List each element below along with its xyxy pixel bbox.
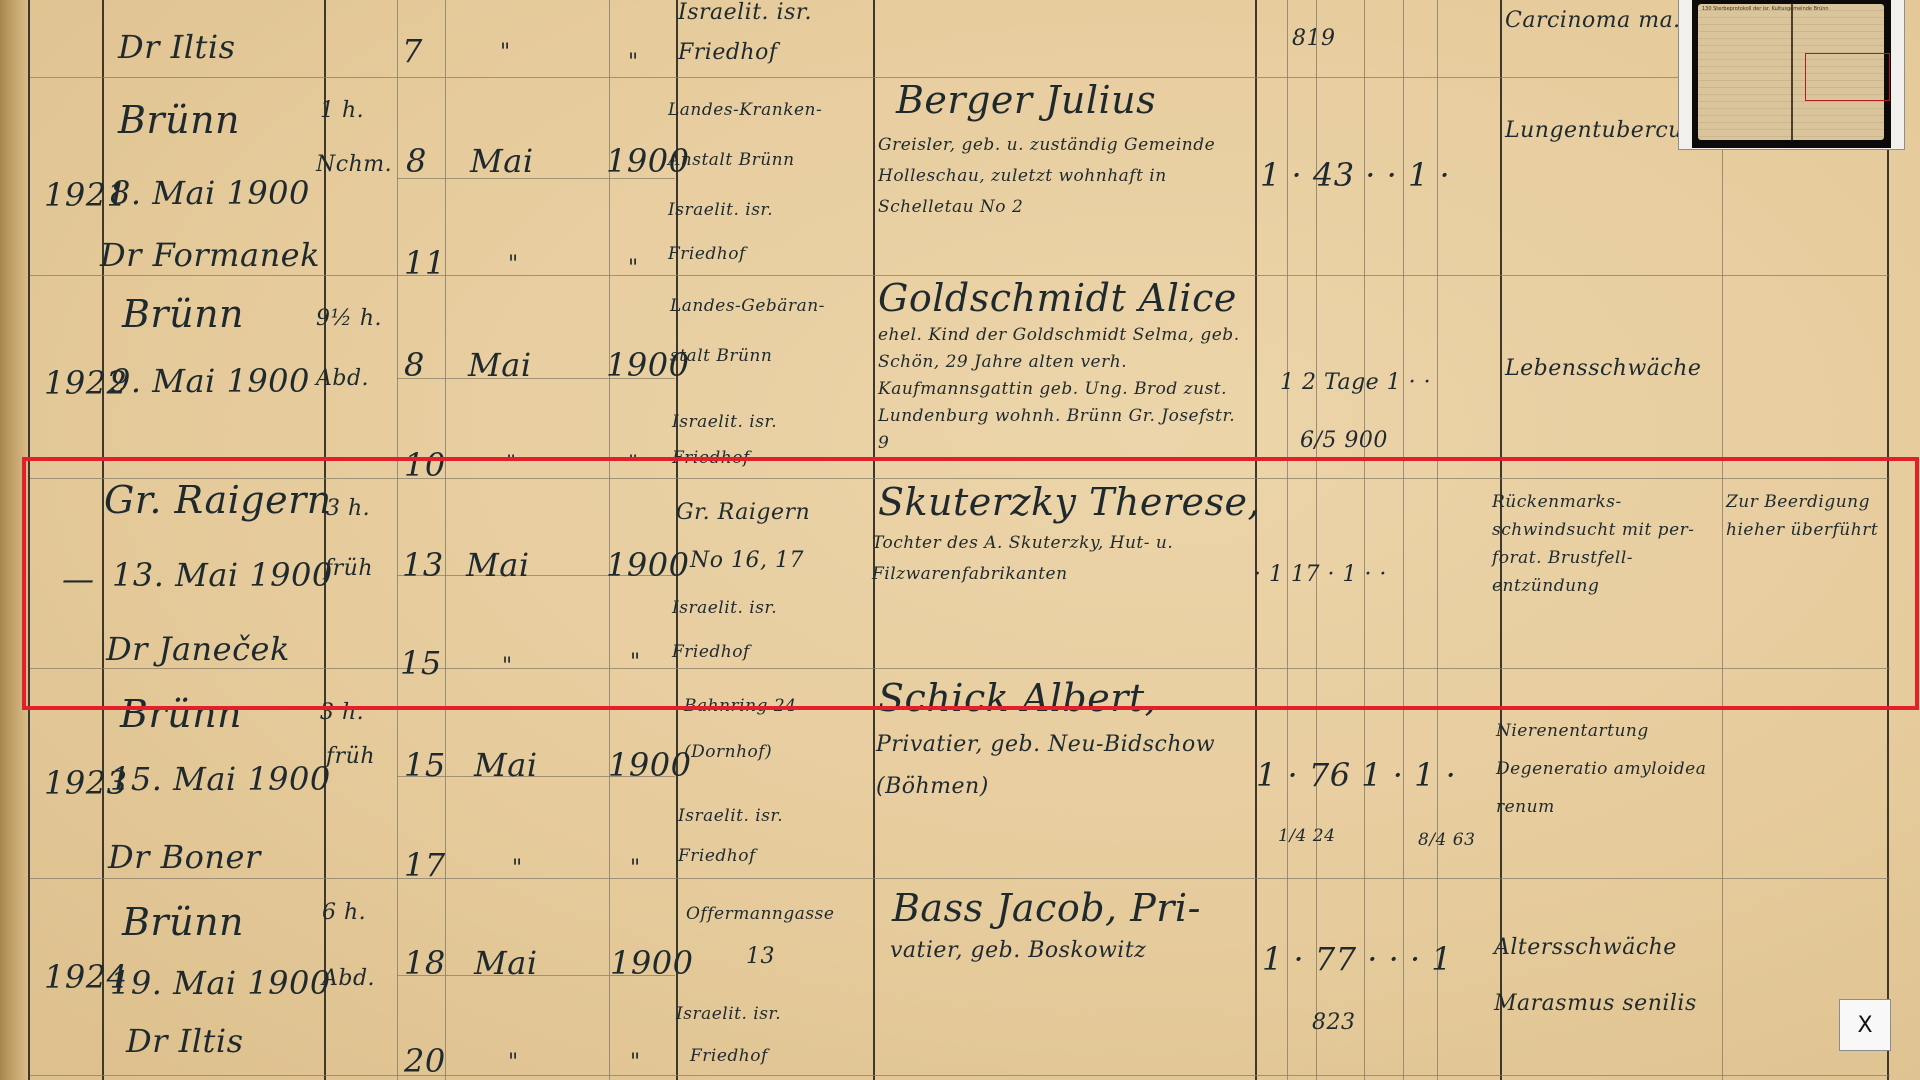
entry-number: — — [62, 560, 95, 598]
burial-place-line2: Friedhof — [672, 448, 750, 468]
death-day: 8 — [404, 346, 425, 384]
death-year: 1900 — [610, 944, 693, 982]
burial-place-line1: Israelit. isr. — [678, 806, 783, 826]
burial-day: 17 — [404, 846, 446, 884]
death-day: 18 — [404, 944, 446, 982]
residence-place: Brünn — [122, 292, 244, 336]
burial-place-line1: Israelit. isr. — [678, 0, 812, 25]
burial-month: " — [512, 856, 523, 881]
report-date: 19. Mai 1900 — [110, 964, 331, 1002]
residence-place: Brünn — [118, 98, 240, 142]
burial-place-line2: Friedhof — [678, 846, 756, 866]
death-place-line2: Anstalt Brünn — [668, 150, 795, 170]
death-year: 1900 — [608, 746, 691, 784]
register-number-note: 823 — [1312, 1010, 1356, 1035]
book-binding-edge — [0, 0, 30, 1080]
burial-place-line2: Friedhof — [672, 642, 750, 662]
register-number-note: 819 — [1292, 26, 1336, 51]
residence-place: Brünn — [120, 692, 242, 736]
physician-name: Dr Formanek — [100, 236, 320, 274]
burial-month: " — [506, 452, 517, 477]
close-button[interactable]: X — [1839, 999, 1891, 1051]
burial-year: " — [628, 256, 639, 281]
burial-day: 7 — [402, 32, 423, 70]
death-month: Mai — [474, 944, 538, 982]
deceased-details: vatier, geb. Boskowitz — [890, 938, 1146, 963]
report-date: 13. Mai 1900 — [112, 556, 333, 594]
burial-place-line2: Friedhof — [678, 40, 777, 65]
burial-year: " — [630, 650, 641, 675]
register-number-note-2: 8/4 63 — [1418, 830, 1475, 850]
death-place-line2: stalt Brünn — [670, 346, 772, 366]
ruled-line — [397, 0, 398, 1080]
death-month: Mai — [470, 142, 534, 180]
hour: 9½ h. — [316, 306, 382, 331]
ruled-line — [1887, 0, 1889, 1080]
residence-place: Brünn — [122, 900, 244, 944]
navigator-thumbnail[interactable]: 130 Sterbeprotokoll der isr. Kultusgemei… — [1678, 0, 1905, 150]
deceased-name: Bass Jacob, Pri- — [892, 886, 1201, 930]
burial-place-line2: Friedhof — [690, 1046, 768, 1066]
death-month: Mai — [468, 346, 532, 384]
row-divider — [30, 878, 1890, 879]
deceased-name: Berger Julius — [896, 78, 1156, 122]
cause-of-death: Altersschwäche Marasmus senilis — [1494, 920, 1724, 1032]
burial-place-line1: Israelit. isr. — [672, 598, 777, 618]
burial-year: " — [628, 452, 639, 477]
hour: 6 h. — [322, 900, 366, 925]
report-date: 8. Mai 1900 — [110, 174, 310, 212]
physician-name: Dr Iltis — [118, 28, 236, 66]
ruled-line — [28, 0, 30, 1080]
register-number-note: 1/4 24 — [1278, 826, 1335, 846]
burial-month: " — [508, 252, 519, 277]
deceased-details: Privatier, geb. Neu-Bidschow (Böhmen) — [876, 724, 1246, 808]
burial-month: " — [508, 1050, 519, 1075]
cause-of-death: Nierenentartung Degeneratio amyloidea re… — [1496, 712, 1724, 826]
burial-day: 10 — [404, 446, 446, 484]
death-month: Mai — [466, 546, 530, 584]
burial-place-line1: Israelit. isr. — [672, 412, 777, 432]
death-day: 15 — [404, 746, 446, 784]
hour: 1 h. — [320, 98, 364, 123]
death-day: 8 — [406, 142, 427, 180]
death-year: 1900 — [606, 546, 689, 584]
cause-of-death: Lebensschwäche — [1505, 356, 1701, 381]
ruled-line — [1722, 0, 1723, 1080]
physician-name: Dr Iltis — [126, 1022, 244, 1060]
age-sex-counts: 1 · 43 · · 1 · — [1260, 156, 1450, 194]
burial-place-line1: Israelit. isr. — [668, 200, 773, 220]
report-date: 9. Mai 1900 — [110, 362, 310, 400]
death-place-line2: (Dornhof) — [684, 742, 772, 762]
deceased-details: Greisler, geb. u. zuständig Gemeinde Hol… — [878, 130, 1250, 223]
ruled-line — [1255, 0, 1257, 1080]
death-place-line1: Landes-Kranken- — [668, 100, 822, 120]
hour: 3 h. — [326, 496, 370, 521]
thumbnail-left-page — [1698, 4, 1791, 140]
deceased-name: Schick Albert, — [878, 676, 1157, 720]
age-sex-counts: 1 2 Tage 1 · · — [1280, 370, 1431, 395]
age-sex-counts: 1 · 76 1 · 1 · — [1256, 756, 1456, 794]
deceased-details: ehel. Kind der Goldschmidt Selma, geb. S… — [878, 322, 1250, 457]
hour: 3 h. — [320, 700, 364, 725]
physician-name: Dr Janeček — [106, 630, 290, 668]
time-of-day: früh — [326, 744, 375, 769]
death-place-line1: Offermanngasse — [686, 904, 834, 924]
report-date: 15. Mai 1900 — [110, 760, 331, 798]
death-month: Mai — [474, 746, 538, 784]
remarks: Zur Beerdigung hieher überführt — [1726, 488, 1886, 544]
deceased-details: Tochter des A. Skuterzky, Hut- u. Filzwa… — [872, 528, 1250, 590]
time-of-day: Abd. — [316, 366, 369, 391]
burial-day: 11 — [404, 244, 446, 282]
cause-of-death: Carcinoma ma... — [1505, 8, 1696, 33]
document-viewer[interactable]: Dr Iltis 7 " " Israelit. isr. Friedhof 8… — [0, 0, 1920, 1080]
physician-name: Dr Boner — [108, 838, 261, 876]
register-number-note: 6/5 900 — [1300, 428, 1388, 453]
death-place-line1: Landes-Gebäran- — [670, 296, 825, 316]
deceased-name: Goldschmidt Alice — [878, 276, 1237, 320]
row-divider — [30, 1075, 1890, 1076]
burial-place-line2: Friedhof — [668, 244, 746, 264]
burial-month: " — [500, 40, 511, 65]
ruled-line — [102, 0, 104, 1080]
time-of-day: früh — [324, 556, 373, 581]
deceased-name: Skuterzky Therese, — [878, 480, 1260, 524]
burial-day: 15 — [400, 644, 442, 682]
burial-month: " — [502, 654, 513, 679]
burial-year: " — [630, 1050, 641, 1075]
burial-year: " — [630, 856, 641, 881]
cause-of-death: Rückenmarks-schwindsucht mit per-forat. … — [1492, 488, 1720, 600]
burial-day: 20 — [404, 1042, 446, 1080]
time-of-day: Abd. — [322, 966, 375, 991]
age-sex-counts: · 1 17 · 1 · · — [1254, 562, 1387, 587]
ruled-line — [445, 0, 446, 1080]
death-place-line2: 13 — [746, 944, 775, 969]
thumbnail-left-header: 130 Sterbeprotokoll der isr. Kultusgemei… — [1702, 6, 1829, 12]
time-of-day: Nchm. — [316, 152, 392, 177]
death-place-line1: Bahnring 24 — [684, 696, 796, 716]
age-sex-counts: 1 · 77 · · · 1 — [1262, 940, 1452, 978]
burial-year: " — [628, 50, 639, 75]
death-day: 13 — [402, 546, 444, 584]
thumbnail-viewport-indicator[interactable] — [1805, 53, 1890, 101]
death-place-line1: Gr. Raigern — [676, 500, 810, 525]
death-place-line2: No 16, 17 — [690, 548, 804, 573]
row-divider — [30, 668, 1890, 669]
thumbnail-book-image: 130 Sterbeprotokoll der isr. Kultusgemei… — [1692, 0, 1891, 148]
residence-place: Gr. Raigern — [104, 478, 332, 522]
burial-place-line1: Israelit. isr. — [676, 1004, 781, 1024]
